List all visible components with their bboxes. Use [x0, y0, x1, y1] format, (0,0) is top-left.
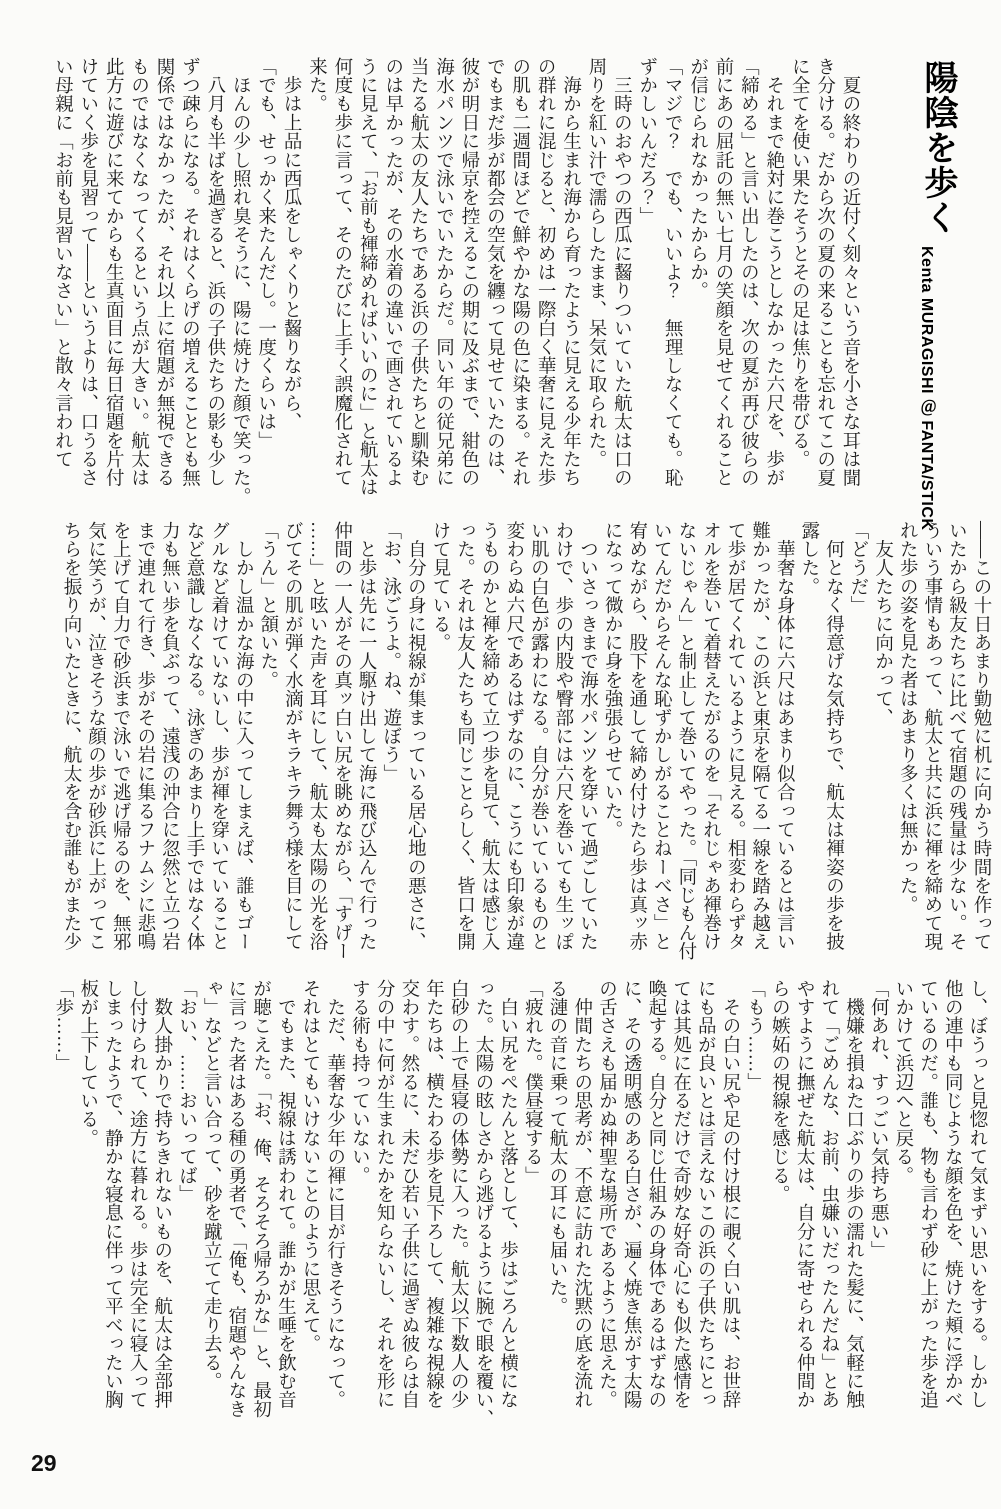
scanned-book-page: 陽陰を歩く Kenta MURAGISHI ＠ FANTA/STICK 夏の終わ… — [0, 0, 1001, 1509]
text-block-middle: ――この十日あまり勤勉に机に向かう時間を作って いたから級友たちに比べて宿題の残… — [58, 521, 993, 976]
author-credit: Kenta MURAGISHI ＠ FANTA/STICK — [915, 246, 938, 530]
text-block-bottom: し、ぼうっと見惚れて気まずい思いをする。しかし 他の連中も同じような顔を色を、焼… — [50, 979, 989, 1441]
page-number: 29 — [31, 1450, 57, 1477]
page-title: 陽陰を歩く — [914, 60, 963, 235]
text-block-top: 夏の終わりの近付く刻々という音を小さな耳は聞 き分ける。だから次の夏の来ることも… — [49, 57, 862, 513]
